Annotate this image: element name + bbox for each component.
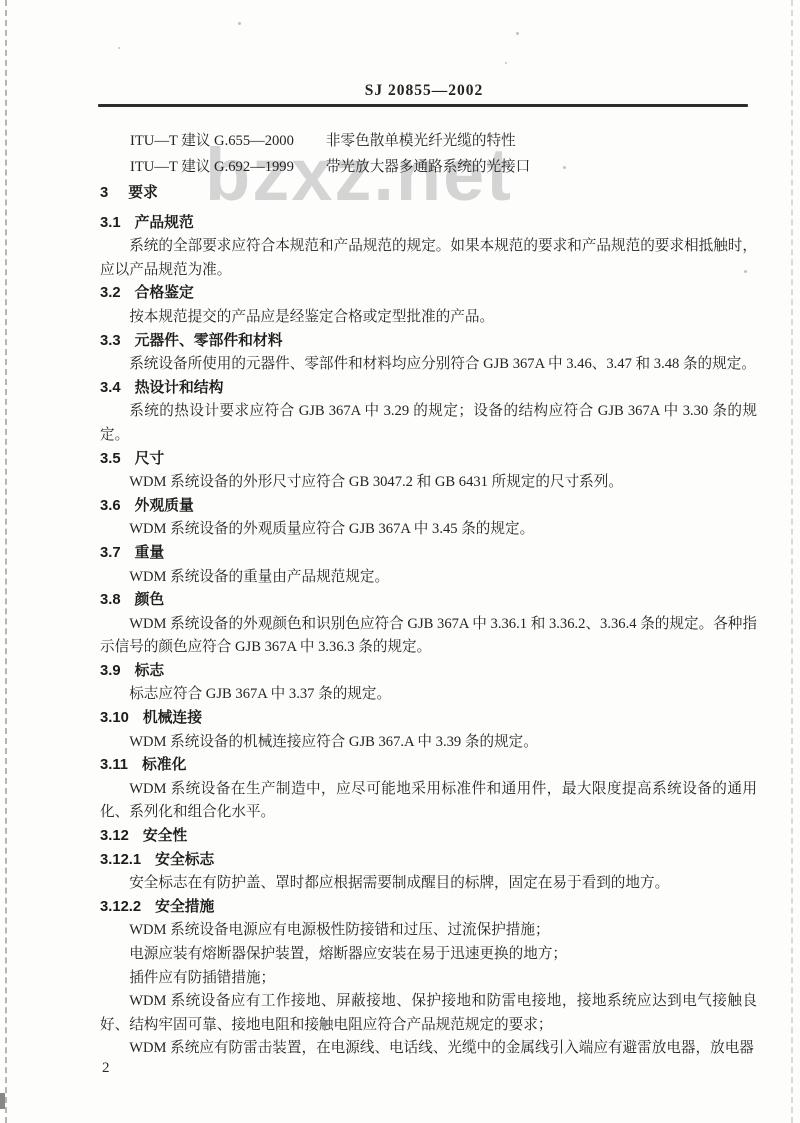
paragraph: WDM 系统设备的外观颜色和识别色应符合 GJB 367A 中 3.36.1 和… xyxy=(100,613,757,660)
section-title: 安全措施 xyxy=(155,899,214,915)
section-heading: 3.4热设计和结构 xyxy=(100,377,757,401)
section-heading: 3.2合格鉴定 xyxy=(100,282,757,306)
section-title: 要求 xyxy=(128,185,158,201)
paragraph: 安全标志在有防护盖、罩时都应根据需要制成醒目的标牌，固定在易于看到的地方。 xyxy=(100,872,757,896)
paragraph: 系统的热设计要求应符合 GJB 367A 中 3.29 的规定；设备的结构应符合… xyxy=(100,400,757,447)
section-number: 3 xyxy=(100,182,108,206)
section-title: 元器件、零部件和材料 xyxy=(135,333,283,349)
section-title: 颜色 xyxy=(135,592,165,608)
page-number: 2 xyxy=(102,1060,110,1077)
paragraph: 按本规范提交的产品应是经鉴定合格或定型批准的产品。 xyxy=(100,306,757,330)
scan-speck xyxy=(118,47,120,49)
section-title: 安全标志 xyxy=(155,852,214,868)
section-heading: 3.11标准化 xyxy=(100,754,757,778)
section-number: 3.6 xyxy=(100,495,121,519)
reference-item: ITU—T 建议 G.655—2000非零色散单模光纤光缆的特性 xyxy=(130,128,757,154)
section-heading: 3.5尺寸 xyxy=(100,448,757,472)
section-heading: 3.12安全性 xyxy=(100,825,757,849)
paragraph: 系统设备所使用的元器件、零部件和材料均应分别符合 GJB 367A 中 3.46… xyxy=(100,353,757,377)
section-title: 标志 xyxy=(135,663,165,679)
document-body: ITU—T 建议 G.655—2000非零色散单模光纤光缆的特性 ITU—T 建… xyxy=(100,128,757,1061)
section-title: 标准化 xyxy=(142,757,186,773)
section-number: 3.1 xyxy=(100,212,121,236)
section-title: 安全性 xyxy=(143,828,187,844)
section-number: 3.11 xyxy=(100,754,128,778)
reference-title: 带光放大器多通路系统的光接口 xyxy=(326,159,530,175)
section-heading: 3.10机械连接 xyxy=(100,707,757,731)
section-number: 3.12.1 xyxy=(100,849,141,873)
section-heading: 3.3元器件、零部件和材料 xyxy=(100,330,757,354)
section-number: 3.2 xyxy=(100,282,121,306)
section-title: 尺寸 xyxy=(135,451,165,467)
section-heading: 3.6外观质量 xyxy=(100,495,757,519)
section-title: 产品规范 xyxy=(135,215,194,231)
scan-edge-right xyxy=(791,0,793,1123)
paragraph: WDM 系统应有防雷击装置，在电源线、电话线、光缆中的金属线引入端应有避雷放电器… xyxy=(100,1037,757,1061)
paragraph: WDM 系统设备的外观质量应符合 GJB 367A 中 3.45 条的规定。 xyxy=(100,518,757,542)
paragraph: WDM 系统设备在生产制造中，应尽可能地采用标准件和通用件，最大限度提高系统设备… xyxy=(100,778,757,825)
scanned-document-page: SJ 20855—2002 bzxz.net ITU—T 建议 G.655—20… xyxy=(0,0,800,1123)
section-heading: 3.9标志 xyxy=(100,660,757,684)
section-number: 3.12.2 xyxy=(100,896,141,920)
section-heading: 3.1产品规范 xyxy=(100,212,757,236)
section-number: 3.5 xyxy=(100,448,121,472)
paragraph: 系统的全部要求应符合本规范和产品规范的规定。如果本规范的要求和产品规范的要求相抵… xyxy=(100,235,757,282)
section-title: 重量 xyxy=(135,545,165,561)
section-title: 外观质量 xyxy=(135,498,194,514)
section-heading: 3.7重量 xyxy=(100,542,757,566)
reference-item: ITU—T 建议 G.692—1999带光放大器多通路系统的光接口 xyxy=(130,154,757,180)
scan-speck xyxy=(238,22,241,25)
reference-code: ITU—T 建议 G.692—1999 xyxy=(130,159,294,175)
reference-list: ITU—T 建议 G.655—2000非零色散单模光纤光缆的特性 ITU—T 建… xyxy=(100,128,757,180)
scan-speck xyxy=(516,32,519,35)
section-title: 合格鉴定 xyxy=(135,285,194,301)
section-number: 3.12 xyxy=(100,825,129,849)
paragraph: WDM 系统设备的外形尺寸应符合 GB 3047.2 和 GB 6431 所规定… xyxy=(100,471,757,495)
paragraph: WDM 系统设备的机械连接应符合 GJB 367.A 中 3.39 条的规定。 xyxy=(100,731,757,755)
section-title: 热设计和结构 xyxy=(135,380,224,396)
section-heading: 3.12.2安全措施 xyxy=(100,896,757,920)
paragraph: 插件应有防插错措施； xyxy=(100,967,757,991)
section-heading: 3要求 xyxy=(100,182,757,206)
section-title: 机械连接 xyxy=(143,710,202,726)
header-rule xyxy=(98,104,748,107)
section-number: 3.8 xyxy=(100,589,121,613)
paragraph: WDM 系统设备电源应有电源极性防接错和过压、过流保护措施； xyxy=(100,919,757,943)
section-number: 3.4 xyxy=(100,377,121,401)
reference-code: ITU—T 建议 G.655—2000 xyxy=(130,133,294,149)
scan-mark xyxy=(0,1093,5,1109)
paragraph: WDM 系统设备应有工作接地、屏蔽接地、保护接地和防雷电接地，接地系统应达到电气… xyxy=(100,990,757,1037)
reference-title: 非零色散单模光纤光缆的特性 xyxy=(326,133,516,149)
section-heading: 3.12.1安全标志 xyxy=(100,849,757,873)
scan-speck xyxy=(505,62,507,64)
standard-number: SJ 20855—2002 xyxy=(100,82,748,100)
paragraph: 标志应符合 GJB 367A 中 3.37 条的规定。 xyxy=(100,683,757,707)
paragraph: WDM 系统设备的重量由产品规范规定。 xyxy=(100,566,757,590)
section-heading: 3.8颜色 xyxy=(100,589,757,613)
paragraph: 电源应装有熔断器保护装置，熔断器应安装在易于迅速更换的地方； xyxy=(100,943,757,967)
scan-binding-edge-left xyxy=(5,0,7,1123)
section-number: 3.3 xyxy=(100,330,121,354)
section-number: 3.7 xyxy=(100,542,121,566)
section-number: 3.9 xyxy=(100,660,121,684)
section-number: 3.10 xyxy=(100,707,129,731)
sections-container: 3要求3.1产品规范系统的全部要求应符合本规范和产品规范的规定。如果本规范的要求… xyxy=(100,182,757,1061)
